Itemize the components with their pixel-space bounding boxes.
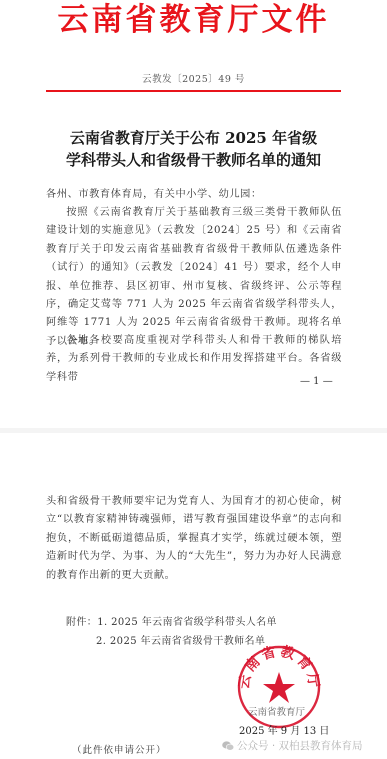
document-page-2: 头和省级骨干教师要牢记为党育人、为国育才的初心使命，树立“以教育家精神铸魂强师，… [0, 433, 387, 759]
red-divider-line [46, 90, 341, 92]
salutation-text: 各州、市教育体育局，有关中小学、幼儿园： [46, 186, 342, 204]
wechat-icon [222, 741, 234, 751]
salutation: 各州、市教育体育局，有关中小学、幼儿园： [46, 186, 342, 204]
paragraph-2-start: 各地各校要高度重视对学科带头人和骨干教师的梯队培养，为系列骨干教师的专业成长和作… [46, 332, 342, 387]
paragraph-1-text: 按照《云南省教育厅关于基础教育三级三类骨干教师队伍建设计划的实施意见》（云教发〔… [46, 204, 342, 351]
title-line-1: 云南省教育厅关于公布 2025 年省级 [0, 127, 387, 149]
wechat-watermark: 公众号 · 双柏县教育体育局 [222, 738, 363, 753]
watermark-text: 公众号 · 双柏县教育体育局 [237, 738, 363, 753]
paragraph-1: 按照《云南省教育厅关于基础教育三级三类骨干教师队伍建设计划的实施意见》（云教发〔… [46, 204, 342, 351]
document-title: 云南省教育厅关于公布 2025 年省级 学科带头人和省级骨干教师名单的通知 [0, 127, 387, 171]
issue-date: 2025 年 9 月 13 日 [239, 722, 329, 737]
issuer-signature: 云南省教育厅 [248, 704, 305, 718]
red-header-title: 云南省教育厅文件 [0, 2, 387, 38]
title-line-2: 学科带头人和省级骨干教师名单的通知 [0, 149, 387, 171]
attachment-item-1: 1. 2025 年云南省省级学科带头人名单 [97, 617, 277, 628]
paragraph-2-continued: 头和省级骨干教师要牢记为党育人、为国育才的初心使命，树立“以教育家精神铸魂强师，… [46, 493, 342, 585]
paragraph-2-start-text: 各地各校要高度重视对学科带头人和骨干教师的梯队培养，为系列骨干教师的专业成长和作… [46, 332, 342, 387]
document-number: 云教发〔2025〕49 号 [0, 71, 387, 85]
page-number: — 1 — [300, 376, 333, 387]
attachments-label: 附件： [66, 617, 97, 628]
disclosure-note: （此件依申请公开） [72, 742, 167, 756]
document-page-1: 云南省教育厅文件 云教发〔2025〕49 号 云南省教育厅关于公布 2025 年… [0, 0, 387, 428]
paragraph-2-continued-text: 头和省级骨干教师要牢记为党育人、为国育才的初心使命，树立“以教育家精神铸魂强师，… [46, 493, 342, 585]
